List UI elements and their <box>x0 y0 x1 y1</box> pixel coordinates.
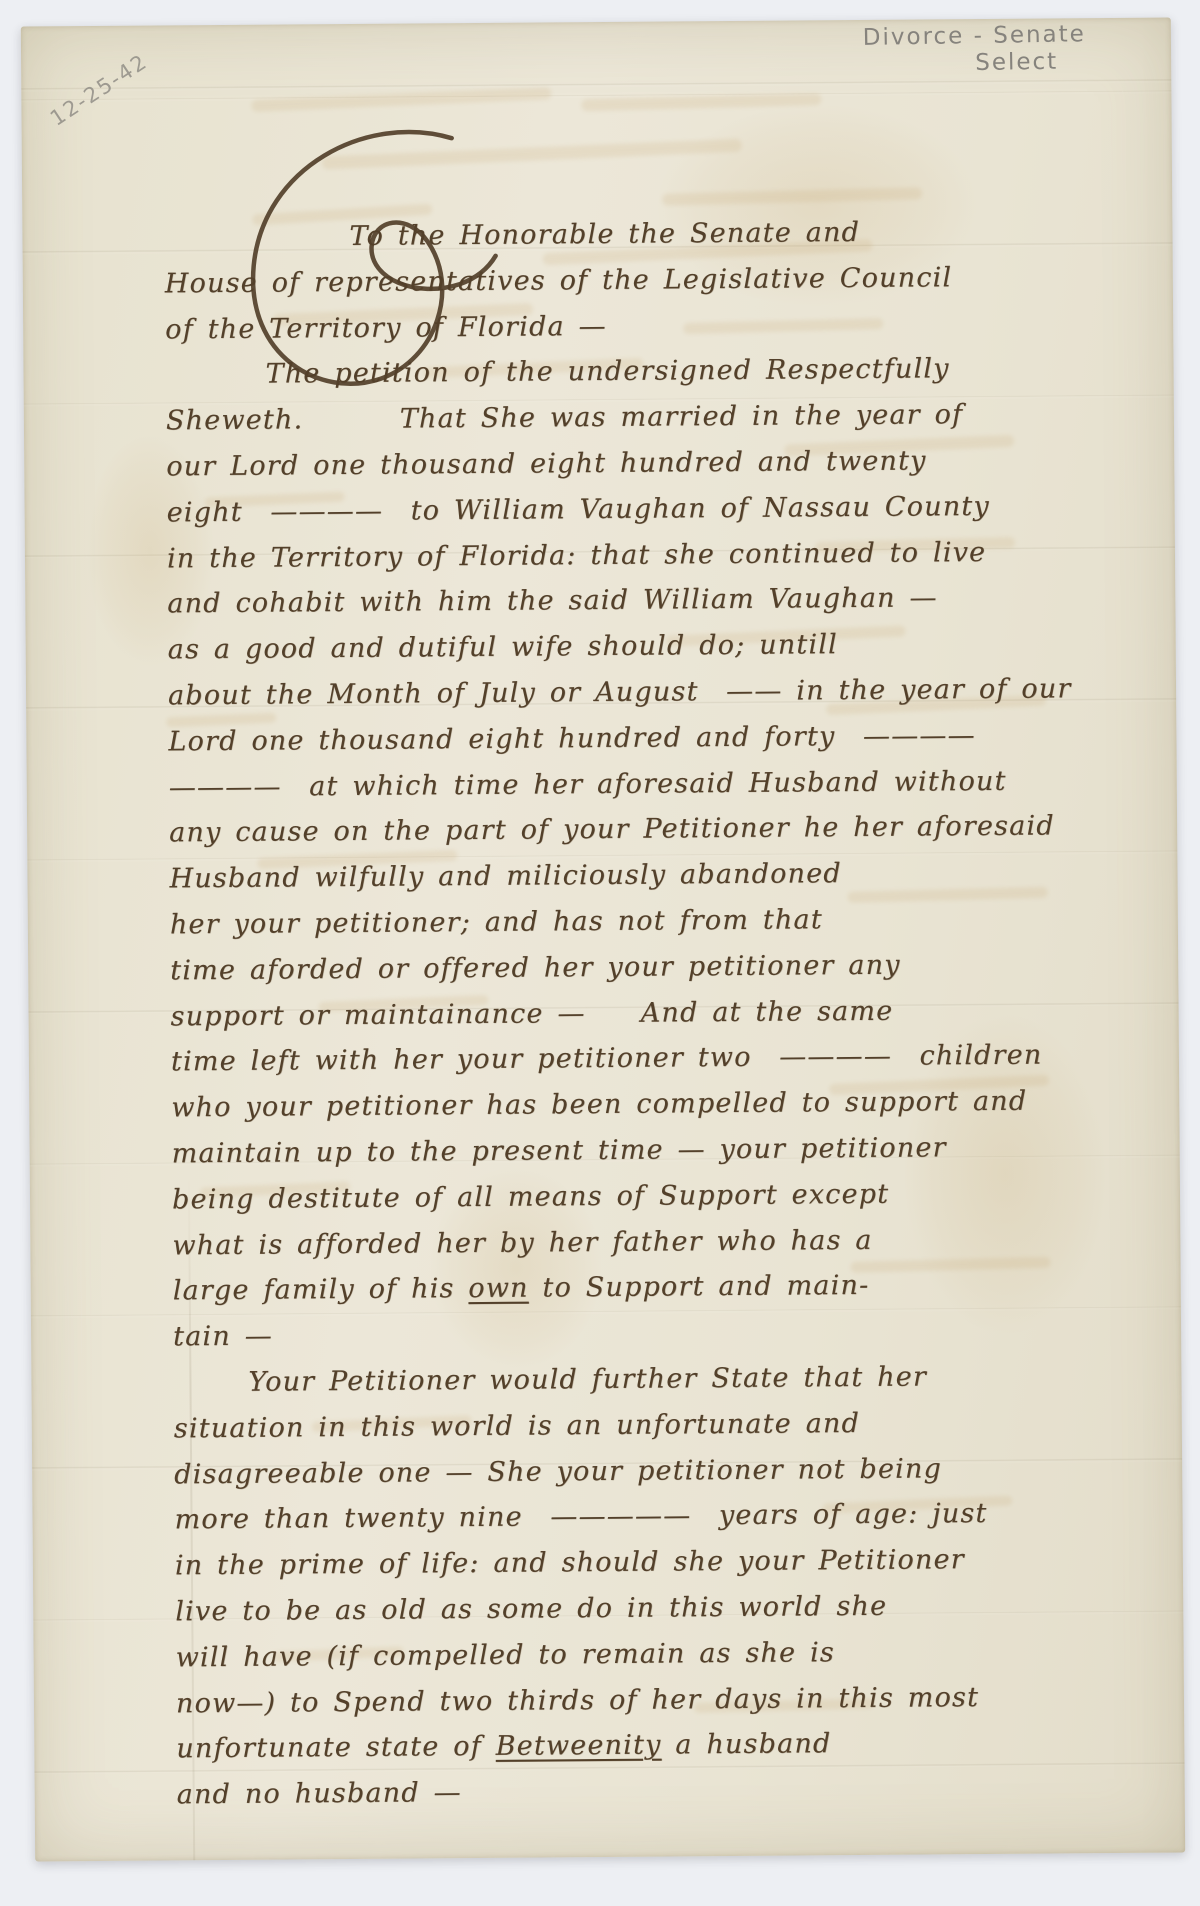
manuscript-line: any cause on the part of your Petitioner… <box>169 803 1159 857</box>
manuscript-segment: maintain up to the present time — your p… <box>172 1132 947 1169</box>
manuscript-segment: to Support and main- <box>529 1270 870 1304</box>
manuscript-segment: ———— at which time her aforesaid Husband… <box>169 765 1007 803</box>
manuscript-segment: eight ———— to William Vaughan of Nassau … <box>167 491 990 528</box>
manuscript-line: as a good and dutiful wife should do; un… <box>168 620 1158 674</box>
manuscript-line: To the Honorable the Senate and <box>349 208 1154 260</box>
pencil-category-annotation: Divorce - Senate Select <box>863 21 1087 79</box>
manuscript-line: being destitute of all means of Support … <box>172 1169 1162 1223</box>
manuscript-line: what is afforded her by her father who h… <box>172 1215 1162 1269</box>
manuscript-segment: House of representatives of the Legislat… <box>165 262 953 299</box>
manuscript-line: in the prime of life: and should she you… <box>175 1536 1165 1590</box>
manuscript-line: live to be as old as some do in this wor… <box>175 1582 1165 1636</box>
manuscript-line: and no husband — <box>177 1765 1167 1819</box>
manuscript-line: our Lord one thousand eight hundred and … <box>166 437 1156 491</box>
manuscript-segment: in the Territory of Florida: that she co… <box>167 537 987 574</box>
manuscript-line: ———— at which time her aforesaid Husband… <box>169 757 1159 811</box>
manuscript-segment: time left with her your petitioner two —… <box>171 1040 1043 1078</box>
bleed-through-mark <box>581 93 821 111</box>
manuscript-segment: in the prime of life: and should she you… <box>175 1544 965 1581</box>
manuscript-segment: and no husband — <box>177 1777 462 1810</box>
manuscript-segment: who your petitioner has been compelled t… <box>171 1086 1027 1124</box>
manuscript-line: more than twenty nine ————— years of age… <box>174 1490 1164 1544</box>
pencil-category-line1: Divorce - Senate <box>863 21 1086 52</box>
manuscript-segment: The petition of the undersigned Respectf… <box>265 354 949 390</box>
bleed-through-mark <box>662 187 922 206</box>
manuscript-line: who your petitioner has been compelled t… <box>171 1078 1161 1132</box>
manuscript-segment: live to be as old as some do in this wor… <box>175 1591 887 1628</box>
manuscript-line: time left with her your petitioner two —… <box>171 1032 1161 1086</box>
manuscript-line: now—) to Spend two thirds of her days in… <box>176 1673 1166 1727</box>
manuscript-segment: about the Month of July or August —— in … <box>168 673 1072 711</box>
manuscript-segment: situation in this world is an unfortunat… <box>174 1408 860 1444</box>
manuscript-segment: what is afforded her by her father who h… <box>172 1224 873 1260</box>
manuscript-line: and cohabit with him the said William Va… <box>167 574 1157 628</box>
manuscript-segment: our Lord one thousand eight hundred and … <box>166 445 927 482</box>
manuscript-line: about the Month of July or August —— in … <box>168 666 1158 720</box>
manuscript-segment: disagreeable one — She your petitioner n… <box>174 1453 942 1490</box>
manuscript-segment: now—) to Spend two thirds of her days in… <box>176 1682 979 1719</box>
manuscript-line: maintain up to the present time — your p… <box>171 1124 1161 1178</box>
manuscript-line: tain — <box>173 1307 1163 1361</box>
manuscript-segment: will have (if compelled to remain as she… <box>176 1637 836 1673</box>
manuscript-segment: To the Honorable the Senate and <box>349 217 860 252</box>
manuscript-segment: her your petitioner; and has not from th… <box>170 904 823 940</box>
manuscript-line: of the Territory of Florida — <box>165 299 1155 353</box>
manuscript-line: Husband wilfully and miliciously abandon… <box>169 849 1159 903</box>
manuscript-line: unfortunate state of Betweenity a husban… <box>176 1719 1166 1773</box>
manuscript-segment: tain — <box>173 1321 273 1353</box>
manuscript-segment: more than twenty nine ————— years of age… <box>174 1498 987 1535</box>
manuscript-line: Sheweth. That She was married in the yea… <box>166 391 1156 445</box>
scan-background: 12-25-42 Divorce - Senate Select To the … <box>0 0 1200 1906</box>
manuscript-line: disagreeable one — She your petitioner n… <box>174 1444 1164 1498</box>
bleed-through-mark <box>251 87 551 112</box>
manuscript-segment: a husband <box>661 1729 831 1761</box>
manuscript-segment: and cohabit with him the said William Va… <box>167 583 938 620</box>
underlined-word: Betweenity <box>496 1730 662 1762</box>
manuscript-line: situation in this world is an unfortunat… <box>174 1398 1164 1452</box>
manuscript-segment: support or maintainance — And at the sam… <box>170 995 893 1032</box>
manuscript-segment: being destitute of all means of Support … <box>172 1178 889 1215</box>
manuscript-line: The petition of the undersigned Respectf… <box>265 345 1155 398</box>
document-page: 12-25-42 Divorce - Senate Select To the … <box>21 18 1185 1862</box>
manuscript-line: House of representatives of the Legislat… <box>165 253 1155 307</box>
manuscript-segment: Your Petitioner would further State that… <box>248 1361 927 1397</box>
manuscript-line: support or maintainance — And at the sam… <box>170 986 1160 1040</box>
manuscript-segment: of the Territory of Florida — <box>165 311 607 345</box>
manuscript-line: Your Petitioner would further State that… <box>248 1353 1163 1406</box>
manuscript-text: To the Honorable the Senate andHouse of … <box>164 208 1167 1819</box>
manuscript-segment: any cause on the part of your Petitioner… <box>169 811 1055 849</box>
pencil-category-line2: Select <box>975 48 1086 77</box>
manuscript-line: Lord one thousand eight hundred and fort… <box>168 711 1158 765</box>
manuscript-segment: large family of his <box>173 1273 469 1306</box>
manuscript-line: large family of his own to Support and m… <box>173 1261 1163 1315</box>
underlined-word: own <box>468 1273 529 1304</box>
manuscript-segment: as a good and dutiful wife should do; un… <box>168 629 838 665</box>
manuscript-segment: unfortunate state of <box>176 1731 496 1765</box>
pencil-date-annotation: 12-25-42 <box>46 49 152 130</box>
manuscript-segment: Sheweth. That She was married in the yea… <box>166 399 964 436</box>
manuscript-line: her your petitioner; and has not from th… <box>170 895 1160 949</box>
manuscript-line: eight ———— to William Vaughan of Nassau … <box>166 482 1156 536</box>
manuscript-line: will have (if compelled to remain as she… <box>175 1627 1165 1681</box>
manuscript-segment: Lord one thousand eight hundred and fort… <box>168 720 976 757</box>
manuscript-line: time aforded or offered her your petitio… <box>170 940 1160 994</box>
manuscript-segment: time aforded or offered her your petitio… <box>170 949 901 986</box>
manuscript-segment: Husband wilfully and miliciously abandon… <box>169 858 842 894</box>
manuscript-line: in the Territory of Florida: that she co… <box>167 528 1157 582</box>
